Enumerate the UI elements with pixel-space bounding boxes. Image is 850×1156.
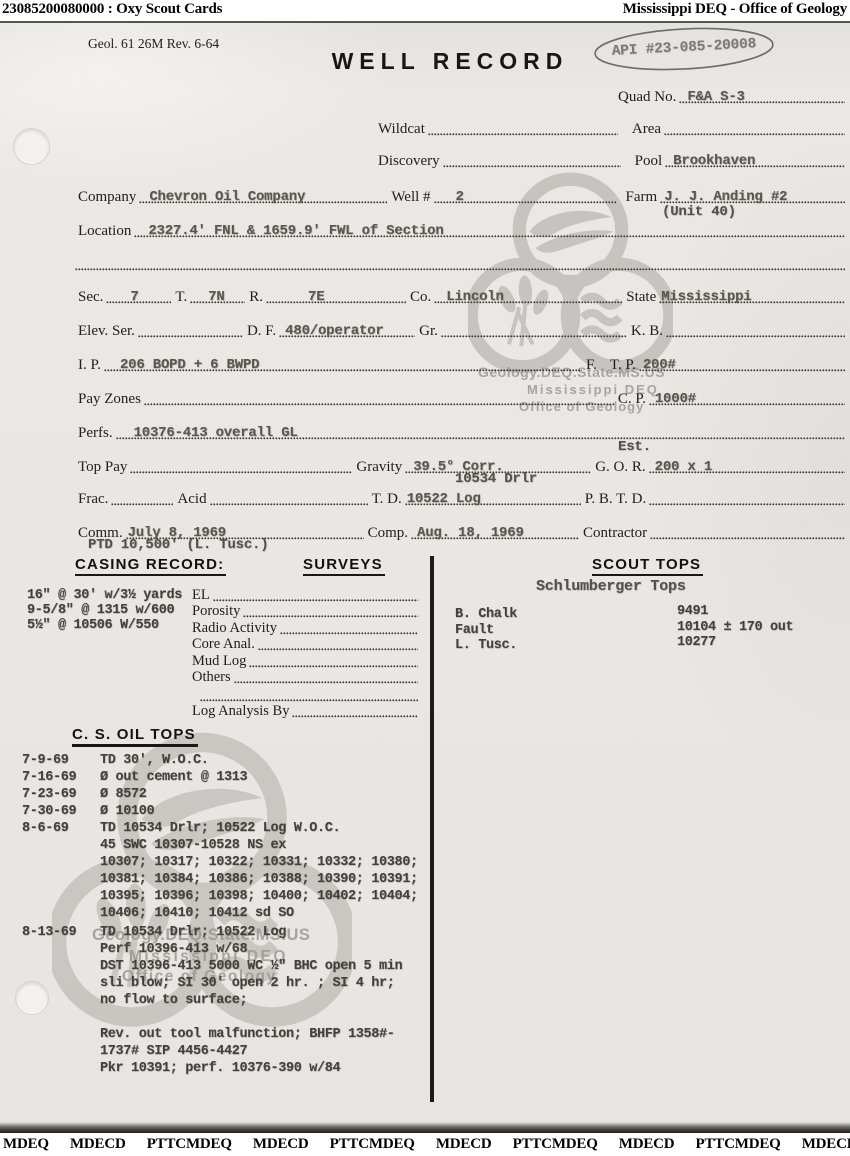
oil-top-date: 7-30-69 (22, 804, 76, 819)
est-note: Est. (618, 439, 651, 455)
oil-top-entry: TD 10534 Drlr; 10522 Log W.O.C. 45 SWC 1… (100, 821, 418, 923)
perfs-value: 10376-413 overall GL (134, 425, 298, 441)
scan-edge-shadow (0, 1122, 850, 1133)
cs-oil-tops-heading: C. S. OIL TOPS (72, 726, 198, 747)
oil-top-line: no flow to surface; (100, 993, 402, 1010)
oil-top-line: 1737# SIP 4456-4427 (100, 1044, 402, 1061)
viewer-header-bar: 23085200080000 : Oxy Scout Cards Mississ… (0, 0, 850, 21)
oil-top-line: 45 SWC 10307-10528 NS ex (100, 838, 418, 855)
location-label: Location (78, 223, 134, 240)
scout-top-name: L. Tusc. (455, 638, 517, 653)
scout-top-row: B. Chalk 9491 (455, 604, 839, 620)
oil-top-line: Pkr 10391; perf. 10376-390 w/84 (100, 1061, 402, 1078)
comp-value: Aug. 18, 1969 (417, 525, 524, 541)
punch-hole (15, 981, 49, 1015)
footer-org-group: MDEQ MDECD PTTC (186, 1136, 369, 1153)
oil-top-line: 10381; 10384; 10386; 10388; 10390; 10391… (100, 872, 418, 889)
wildcat-label: Wildcat (378, 121, 428, 138)
scanned-well-record-page: 23085200080000 : Oxy Scout Cards Mississ… (0, 0, 850, 1156)
acid-label: Acid (173, 491, 209, 508)
scout-top-depth: 9491 (677, 604, 708, 619)
gor-label: G. O. R. (591, 459, 648, 476)
oil-top-entry: Ø 10100 (100, 804, 154, 821)
row-elevation: Elev. Ser. D. F. 480/operator Gr. K. B. (78, 320, 845, 340)
row-sec-t-r-co-state: Sec. 7 T. 7N R. 7E Co. Lincoln State Mis… (78, 286, 845, 306)
pay-zones-label: Pay Zones (78, 391, 144, 408)
survey-row-blank (200, 688, 418, 704)
scout-top-row: L. Tusc. 10277 (455, 635, 839, 651)
frac-label: Frac. (78, 491, 111, 508)
ip-label: I. P. (78, 357, 104, 374)
quad-no-label: Quad No. (618, 89, 679, 106)
oil-top-date: 7-23-69 (22, 787, 76, 802)
survey-label: Others (192, 669, 234, 686)
oil-top-line: TD 10534 Drlr; 10522 Log W.O.C. (100, 821, 418, 838)
state-label: State (622, 289, 659, 306)
company-label: Company (78, 189, 139, 206)
oil-top-entry: TD 30', W.O.C. (100, 753, 209, 770)
oil-top-entry: Ø out cement @ 1313 (100, 770, 247, 787)
oil-top-line: 10395; 10396; 10398; 10400; 10402; 10404… (100, 889, 418, 906)
oil-top-date: 7-16-69 (22, 770, 76, 785)
scout-tops-heading: SCOUT TOPS (592, 556, 703, 576)
page-title: WELL RECORD (275, 48, 625, 75)
row-payzones-cp: Pay Zones C. P. 1000# (78, 388, 845, 408)
oil-top-date: 8-6-69 (22, 821, 69, 836)
oil-top-line: TD 30', W.O.C. (100, 753, 209, 770)
discovery-label: Discovery (378, 153, 443, 170)
county-label: Co. (406, 289, 434, 306)
contractor-label: Contractor (579, 525, 650, 542)
oil-top-line: Perf 10396-413 w/68 (100, 942, 402, 959)
oil-top-line: 10406; 10410; 10412 sd SO (100, 906, 418, 923)
township-value: 7N (208, 289, 224, 305)
field-location: Location 2327.4' FNL & 1659.9' FWL of Se… (78, 220, 845, 240)
oil-top-line: Rev. out tool malfunction; BHFP 1358#- (100, 1027, 402, 1044)
footer-org-group: MDEQ MDECD PTTC (735, 1136, 850, 1153)
oil-top-line: 10307; 10317; 10322; 10331; 10332; 10380… (100, 855, 418, 872)
top-pay-label: Top Pay (78, 459, 130, 476)
survey-label: Core Anal. (192, 636, 258, 653)
oil-top-entry: TD 10534 Drlr; 10522 Log Perf 10396-413 … (100, 925, 402, 1078)
comp-label: Comp. (364, 525, 411, 542)
gravity-label: Gravity (352, 459, 405, 476)
gr-label: Gr. (415, 323, 441, 340)
range-label: R. (245, 289, 266, 306)
form-revision-number: Geol. 61 26M Rev. 6-64 (88, 36, 219, 52)
cp-label: C. P. (614, 391, 649, 408)
api-number-stamp: API #23-085-20008 (590, 21, 778, 77)
kb-label: K. B. (627, 323, 666, 340)
pbtd-label: P. B. T. D. (581, 491, 650, 508)
survey-row-log-analysis: Log Analysis By (192, 704, 418, 720)
field-perfs: Perfs. 10376-413 overall GL (78, 422, 845, 442)
pool-label: Pool (635, 153, 666, 170)
viewer-footer-bar: MDEQ MDECD PTTC MDEQ MDECD PTTC MDEQ MDE… (0, 1133, 850, 1156)
oil-top-line: sli blow; SI 30' open 2 hr. ; SI 4 hr; (100, 976, 402, 993)
survey-label: Porosity (192, 603, 243, 620)
scout-top-depth: 10104 ± 170 out (677, 620, 793, 635)
agency-title: Mississippi DEQ - Office of Geology (623, 1, 847, 18)
casing-record-heading: CASING RECORD: (75, 556, 226, 576)
td-value: 10522 Log (407, 491, 481, 507)
surveys-heading: SURVEYS (303, 556, 385, 576)
row-ip-ftp: I. P. 206 BOPD + 6 BWPD F. T. P. 200# (78, 354, 845, 374)
well-no-label: Well # (387, 189, 433, 206)
ip-value: 206 BOPD + 6 BWPD (120, 357, 259, 373)
well-no-value: 2 (456, 189, 464, 205)
survey-label: Log Analysis By (192, 703, 292, 720)
survey-row-radio-activity: Radio Activity (192, 621, 418, 637)
oil-top-line: DST 10396-413 5000 WC ½" BHC open 5 min (100, 959, 402, 976)
casing-record-entries: 16" @ 30' w/3½ yards 9-5/8" @ 1315 w/600… (27, 588, 182, 633)
td-label: T. D. (368, 491, 405, 508)
tp-label: T. P. (610, 357, 639, 374)
survey-row-mud-log: Mud Log (192, 654, 418, 670)
survey-label: Radio Activity (192, 620, 280, 637)
oil-top-line: Ø 8572 (100, 787, 147, 804)
row-frac-acid-td-pbtd: Frac. Acid T. D. 10522 Log P. B. T. D. (78, 488, 845, 508)
gor-value: 200 x 1 (655, 459, 712, 475)
footer-org-group: MDEQ MDECD PTTC (552, 1136, 735, 1153)
oil-top-line: Ø out cement @ 1313 (100, 770, 247, 787)
footer-org-group: MDEQ MDECD PTTC (369, 1136, 552, 1153)
row-wildcat-area: Wildcat Area (378, 118, 845, 138)
scout-top-row: Fault 10104 ± 170 out (455, 620, 839, 636)
sec-label: Sec. (78, 289, 106, 306)
tp-value: 200# (643, 357, 676, 373)
casing-entry: 5½" @ 10506 W/550 (27, 618, 182, 633)
farm-unit-note: (Unit 40) (662, 204, 736, 220)
footer-org-group: MDEQ MDECD PTTC (3, 1136, 186, 1153)
ptd-note: PTD 10,500' (L. Tusc.) (88, 537, 268, 553)
field-quad-no: Quad No. F&A S-3 (618, 86, 845, 106)
column-divider-line (430, 556, 434, 1102)
survey-row-core-anal: Core Anal. (192, 637, 418, 653)
f-label: F. (582, 357, 600, 374)
location-value: 2327.4' FNL & 1659.9' FWL of Section (148, 223, 443, 239)
oil-top-line (100, 1010, 402, 1027)
row-discovery-pool: Discovery Pool Brookhaven (378, 150, 845, 170)
elev-ser-label: Elev. Ser. (78, 323, 138, 340)
oil-top-line: TD 10534 Drlr; 10522 Log (100, 925, 402, 942)
oil-top-date: 7-9-69 (22, 753, 69, 768)
farm-value: J. J. Anding #2 (664, 189, 787, 205)
survey-row-porosity: Porosity (192, 604, 418, 620)
area-label: Area (632, 121, 664, 138)
quad-no-value: F&A S-3 (687, 89, 744, 105)
survey-label: EL (192, 587, 213, 604)
state-value: Mississippi (661, 289, 751, 305)
row-company-well-farm: Company Chevron Oil Company Well # 2 Far… (78, 186, 845, 206)
df-label: D. F. (243, 323, 279, 340)
casing-entry: 9-5/8" @ 1315 w/600 (27, 603, 182, 618)
scout-top-depth: 10277 (677, 635, 716, 650)
oil-top-line: Ø 10100 (100, 804, 154, 821)
pool-value: Brookhaven (673, 153, 755, 169)
cp-value: 1000# (655, 391, 696, 407)
oil-top-entry: Ø 8572 (100, 787, 147, 804)
survey-label: Mud Log (192, 653, 249, 670)
document-id-title: 23085200080000 : Oxy Scout Cards (2, 1, 222, 18)
oil-top-date: 8-13-69 (22, 925, 76, 940)
casing-entry: 16" @ 30' w/3½ yards (27, 588, 182, 603)
range-value: 7E (308, 289, 324, 305)
company-value: Chevron Oil Company (149, 189, 305, 205)
df-value: 480/operator (285, 323, 383, 339)
perfs-label: Perfs. (78, 425, 116, 442)
scout-tops-subheading: Schlumberger Tops (536, 578, 686, 595)
survey-row-el: EL (192, 588, 418, 604)
td-driller-note: 10534 Drlr (455, 471, 537, 487)
punch-hole (13, 128, 50, 165)
sec-value: 7 (130, 289, 138, 305)
township-label: T. (171, 289, 190, 306)
county-value: Lincoln (446, 289, 503, 305)
row-blank-line (75, 253, 845, 273)
farm-label: Farm (626, 189, 661, 206)
survey-row-others: Others (192, 670, 418, 686)
